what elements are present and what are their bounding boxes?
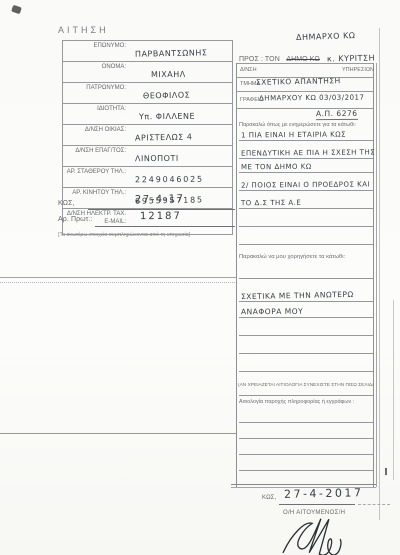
recipient-prefix: ΠΡΟΣ : ΤΟΝ xyxy=(239,56,280,63)
protocol-handwritten: 12187 xyxy=(140,211,182,222)
protocol-underline xyxy=(95,226,235,227)
city-date-underline xyxy=(88,209,235,210)
paper-fold-line xyxy=(379,28,380,520)
ruled-line xyxy=(239,228,373,245)
city-date-handwritten: 27-4-17 xyxy=(135,193,185,205)
recipient-heading-handwritten: ΔΗΜΑΡΧΟ ΚΩ xyxy=(296,31,356,42)
ruled-line: 1 ΠΙΑ ΕΙΝΑΙ Η ΕΤΑΙΡΙΑ ΚΩΣ xyxy=(239,124,373,141)
field-value-handwritten: ΘΕΟΦΙΛΟΣ xyxy=(143,91,190,101)
field-patronymo: ΠΑΤΡΩΝΥΜΟ: ΘΕΟΦΙΛΟΣ xyxy=(62,83,233,104)
ruled-line xyxy=(239,438,373,455)
dept-box-right-outer xyxy=(376,63,377,487)
handwritten-line: ΜΕ ΤΟΝ ΔΗΜΟ ΚΩ xyxy=(241,163,312,172)
handwritten-line: ΑΝΑΦΟΡΑ ΜΟΥ xyxy=(241,307,303,317)
ruled-line: ΑΝΑΦΟΡΑ ΜΟΥ xyxy=(239,301,373,318)
ruled-line xyxy=(239,210,373,227)
dept-box-right-inner xyxy=(373,63,374,487)
city-date-label: ΚΩΣ, xyxy=(58,200,75,207)
ruled-line xyxy=(239,406,373,423)
field-value-handwritten: ΜΙΧΑΗΛ xyxy=(151,70,186,79)
separator-line xyxy=(0,277,237,278)
ruled-line: ΜΕ ΤΟΝ ΔΗΜΟ ΚΩ xyxy=(239,156,373,173)
ruled-line: ΤΟ Δ.Σ ΤΗΣ Α.Ε xyxy=(239,192,373,209)
field-label: Δ/ΝΣΗ ΟΙΚΙΑΣ: xyxy=(63,125,129,145)
handwritten-line: ΣΧΕΤΙΚΑ ΜΕ ΤΗΝ ΑΝΩΤΕΡΩ xyxy=(241,290,354,301)
field-onoma: ΟΝΟΜΑ: ΜΙΧΑΗΛ xyxy=(62,62,233,83)
separator-line-dotted xyxy=(0,282,237,283)
recipient-struck-text: ΔΗΜΟ ΚΩ xyxy=(286,56,320,63)
field-label: ΕΠΩΝΥΜΟ: xyxy=(63,41,129,61)
signature-date-underline xyxy=(279,504,355,505)
handwritten-line: 2/ ΠΟΙΟΣ ΕΙΝΑΙ Ο ΠΡΟΕΔΡΟΣ ΚΑΙ xyxy=(241,180,370,189)
field-value-handwritten: Υπ. ΦΙΛΛΕΝΕ xyxy=(139,112,195,121)
signature-city-label: ΚΩΣ, xyxy=(262,495,276,501)
ruled-line: ΣΧΕΤΙΚΑ ΜΕ ΤΗΝ ΑΝΩΤΕΡΩ xyxy=(239,285,373,302)
signature-date-dashes xyxy=(358,504,390,505)
field-label: Δ/ΝΣΗ ΕΠΑΓ/ΤΟΣ: xyxy=(63,146,129,166)
field-label: ΠΑΤΡΩΝΥΜΟ: xyxy=(63,83,129,103)
ruled-line xyxy=(239,319,373,336)
dept-box-top xyxy=(236,63,374,64)
scanned-application-form: ΑΙΤΗΣΗ ΕΠΩΝΥΜΟ: ΠΑΡΒΑΝΤΣΩΝΗΣ ΟΝΟΜΑ: ΜΙΧΑ… xyxy=(0,0,400,555)
ruled-line xyxy=(239,355,373,372)
field-value-handwritten: ΛΙΝΟΠΟΤΙ xyxy=(135,154,179,163)
field-dnsi-oikias: Δ/ΝΣΗ ΟΙΚΙΑΣ: ΑΡΙΣΤΕΛΩΣ 4 xyxy=(62,125,233,146)
division-label: Δ/ΝΣΗ xyxy=(240,67,257,73)
recipient-handwritten: κ. ΚΥΡΙΤΣΗ xyxy=(327,53,375,63)
ruled-line xyxy=(239,337,373,354)
scan-edge-line xyxy=(393,300,394,480)
field-statheros-til: ΑΡ. ΣΤΑΘΕΡΟΥ ΤΗΛ.: 2249046025 xyxy=(62,167,233,188)
dept-row-line xyxy=(236,91,374,92)
field-eponymo: ΕΠΩΝΥΜΟ: ΠΑΡΒΑΝΤΣΩΝΗΣ xyxy=(62,40,233,62)
dept-box-left xyxy=(236,63,237,487)
ruled-line: 2/ ΠΟΙΟΣ ΕΙΝΑΙ Ο ΠΡΟΕΔΡΟΣ ΚΑΙ xyxy=(239,174,373,191)
signature-scribble xyxy=(278,514,358,555)
signature-separator xyxy=(231,484,376,485)
section-value-handwritten: ΣΧΕΤΙΚΟ ΑΠΑΝΤΗΣΗ xyxy=(256,76,341,87)
field-label: ΙΔΙΟΤΗΤΑ: xyxy=(63,104,129,124)
ruled-line xyxy=(239,379,373,396)
signature-date-handwritten: 27-4-2017 xyxy=(284,486,364,501)
handwritten-line: 1 ΠΙΑ ΕΙΝΑΙ Η ΕΤΑΙΡΙΑ ΚΩΣ xyxy=(241,131,346,140)
scan-speck xyxy=(385,468,387,475)
field-dnsi-epag: Δ/ΝΣΗ ΕΠΑΓ/ΤΟΣ: ΛΙΝΟΠΟΤΙ xyxy=(62,146,233,167)
field-label: ΟΝΟΜΑ: xyxy=(63,62,129,82)
justification-label: Αιτιολογία παροχής πληροφορίας ή εγγράφω… xyxy=(239,399,354,405)
field-idiotita: ΙΔΙΟΤΗΤΑ: Υπ. ΦΙΛΛΕΝΕ xyxy=(62,104,233,125)
ruled-line xyxy=(239,262,373,279)
services-label: ΥΠΗΡΕΣΙΩΝ xyxy=(342,67,374,73)
handwritten-line: ΤΟ Δ.Σ ΤΗΣ Α.Ε xyxy=(241,199,301,208)
service-note: [Τα ανωτέρω στοιχεία συμπληρώνονται από … xyxy=(58,232,190,238)
ruled-line xyxy=(239,422,373,439)
ruled-line xyxy=(239,454,373,471)
protocol-label: Αρ. Πρωτ.: xyxy=(58,216,93,223)
separator-line xyxy=(0,433,236,434)
field-value-handwritten: ΑΡΙΣΤΕΛΩΣ 4 xyxy=(135,132,193,142)
provide-request-label: Παρακαλώ να μου χορηγήσετε τα κάτωθι: xyxy=(239,254,345,260)
office-value-handwritten: ΔΗΜΑΡΧΟΥ ΚΩ 03/03/2017 xyxy=(259,94,364,103)
field-value-handwritten: ΠΑΡΒΑΝΤΣΩΝΗΣ xyxy=(135,48,208,59)
field-label: ΑΡ. ΣΤΑΘΕΡΟΥ ΤΗΛ.: xyxy=(63,167,129,187)
field-value-handwritten: 2249046025 xyxy=(135,175,204,185)
protocol-ref-handwritten: Α.Π. 6276 xyxy=(316,109,358,120)
applicant-fields-table: ΕΠΩΝΥΜΟ: ΠΑΡΒΑΝΤΣΩΝΗΣ ΟΝΟΜΑ: ΜΙΧΑΗΛ ΠΑΤΡ… xyxy=(62,40,233,235)
scan-artifact xyxy=(11,5,22,14)
form-title: ΑΙΤΗΣΗ xyxy=(58,25,109,35)
